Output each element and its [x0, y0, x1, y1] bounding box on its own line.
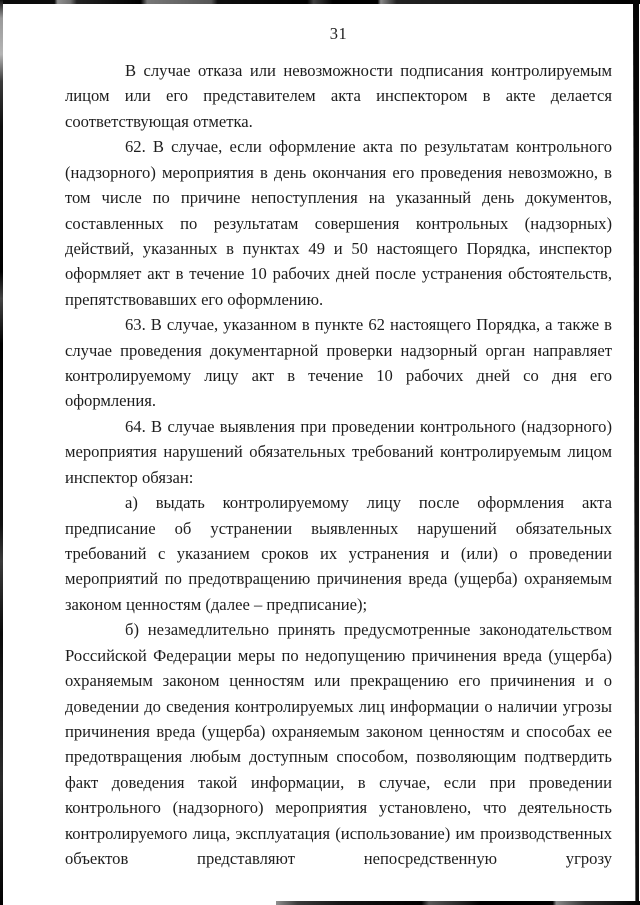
- page-number: 31: [65, 24, 612, 44]
- paragraph-63: 63. В случае, указанном в пункте 62 наст…: [65, 312, 612, 414]
- subparagraph-a: а) выдать контролируемому лицу после офо…: [65, 490, 612, 617]
- scan-artifact-top-edge: [0, 0, 640, 4]
- paragraph-intro: В случае отказа или невозможности подпис…: [65, 58, 612, 134]
- paragraph-62: 62. В случае, если оформление акта по ре…: [65, 134, 612, 312]
- subparagraph-b: б) незамедлительно принять предусмотренн…: [65, 617, 612, 871]
- paragraph-64: 64. В случае выявления при проведении ко…: [65, 414, 612, 490]
- scanned-document-page: 31 В случае отказа или невозможности под…: [0, 0, 640, 905]
- scan-artifact-left-edge: [0, 0, 3, 905]
- scan-artifact-bottom-edge: [276, 901, 640, 905]
- scan-artifact-right-edge: [633, 0, 639, 905]
- document-body: В случае отказа или невозможности подпис…: [65, 58, 612, 872]
